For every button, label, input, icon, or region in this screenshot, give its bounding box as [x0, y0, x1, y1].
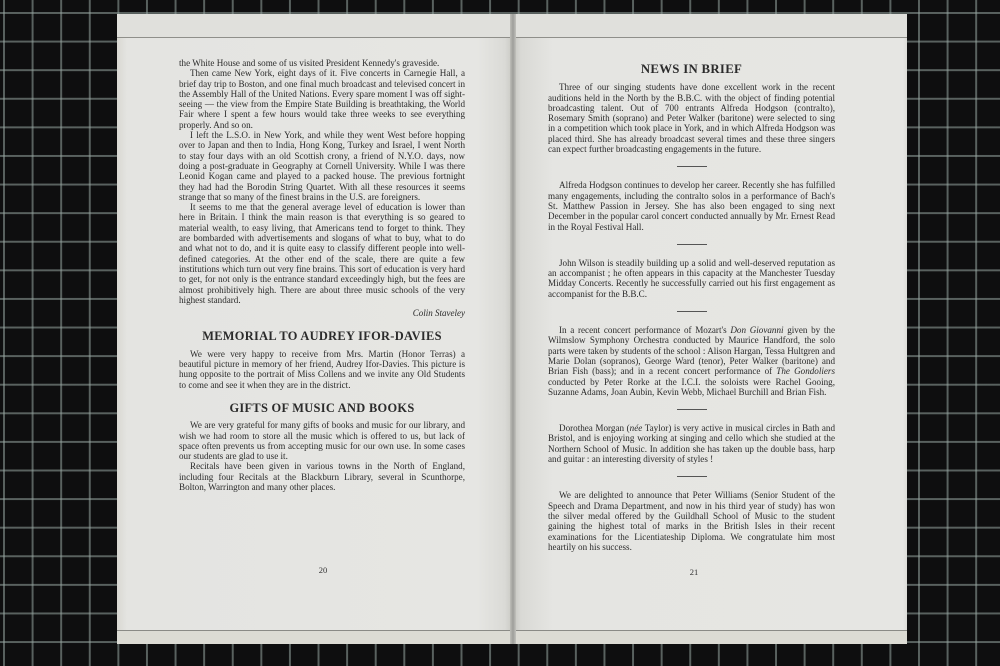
italic-word: née	[630, 423, 643, 433]
open-booklet: the White House and some of us visited P…	[117, 14, 907, 644]
left-page: the White House and some of us visited P…	[117, 14, 513, 644]
news-item: Three of our singing students have done …	[548, 82, 835, 154]
separator-rule	[677, 311, 707, 312]
right-page: NEWS IN BRIEF Three of our singing stude…	[513, 14, 907, 644]
paragraph: Then came New York, eight days of it. Fi…	[179, 68, 465, 130]
news-item: We are delighted to announce that Peter …	[548, 490, 835, 552]
paragraph: It seems to me that the general average …	[179, 202, 465, 305]
left-page-column: the White House and some of us visited P…	[179, 58, 465, 492]
booklet-spine	[510, 14, 516, 644]
paragraph: Recitals have been given in various town…	[179, 461, 465, 492]
news-item: Alfreda Hodgson continues to develop her…	[548, 180, 835, 231]
text-segment: In a recent concert performance of Mozar…	[559, 325, 730, 335]
cover-edge-bottom	[513, 630, 907, 644]
cover-edge-top	[513, 14, 907, 38]
page-number-right: 21	[674, 567, 714, 577]
text-segment: conducted by Peter Rorke at the I.C.I. t…	[548, 377, 835, 397]
cover-edge-bottom	[117, 630, 513, 644]
news-item: Dorothea Morgan (née Taylor) is very act…	[548, 423, 835, 464]
page-number-left: 20	[303, 565, 343, 575]
paragraph: We are very grateful for many gifts of b…	[179, 420, 465, 461]
news-item: In a recent concert performance of Mozar…	[548, 325, 835, 397]
italic-title: The Gondoliers	[776, 366, 835, 376]
news-item: John Wilson is steadily building up a so…	[548, 258, 835, 299]
section-heading-memorial: MEMORIAL TO AUDREY IFOR-DAVIES	[179, 331, 465, 341]
separator-rule	[677, 476, 707, 477]
text-segment: Dorothea Morgan (	[559, 423, 630, 433]
separator-rule	[677, 244, 707, 245]
italic-title: Don Giovanni	[730, 325, 783, 335]
separator-rule	[677, 409, 707, 410]
right-page-column: NEWS IN BRIEF Three of our singing stude…	[548, 64, 835, 552]
paragraph: I left the L.S.O. in New York, and while…	[179, 130, 465, 202]
cover-edge-top	[117, 14, 513, 38]
paragraph: We were very happy to receive from Mrs. …	[179, 349, 465, 390]
paragraph: the White House and some of us visited P…	[179, 58, 465, 68]
section-heading-gifts: GIFTS OF MUSIC AND BOOKS	[179, 403, 465, 413]
separator-rule	[677, 166, 707, 167]
section-heading-news: NEWS IN BRIEF	[548, 64, 835, 74]
author-signature: Colin Staveley	[179, 308, 465, 318]
